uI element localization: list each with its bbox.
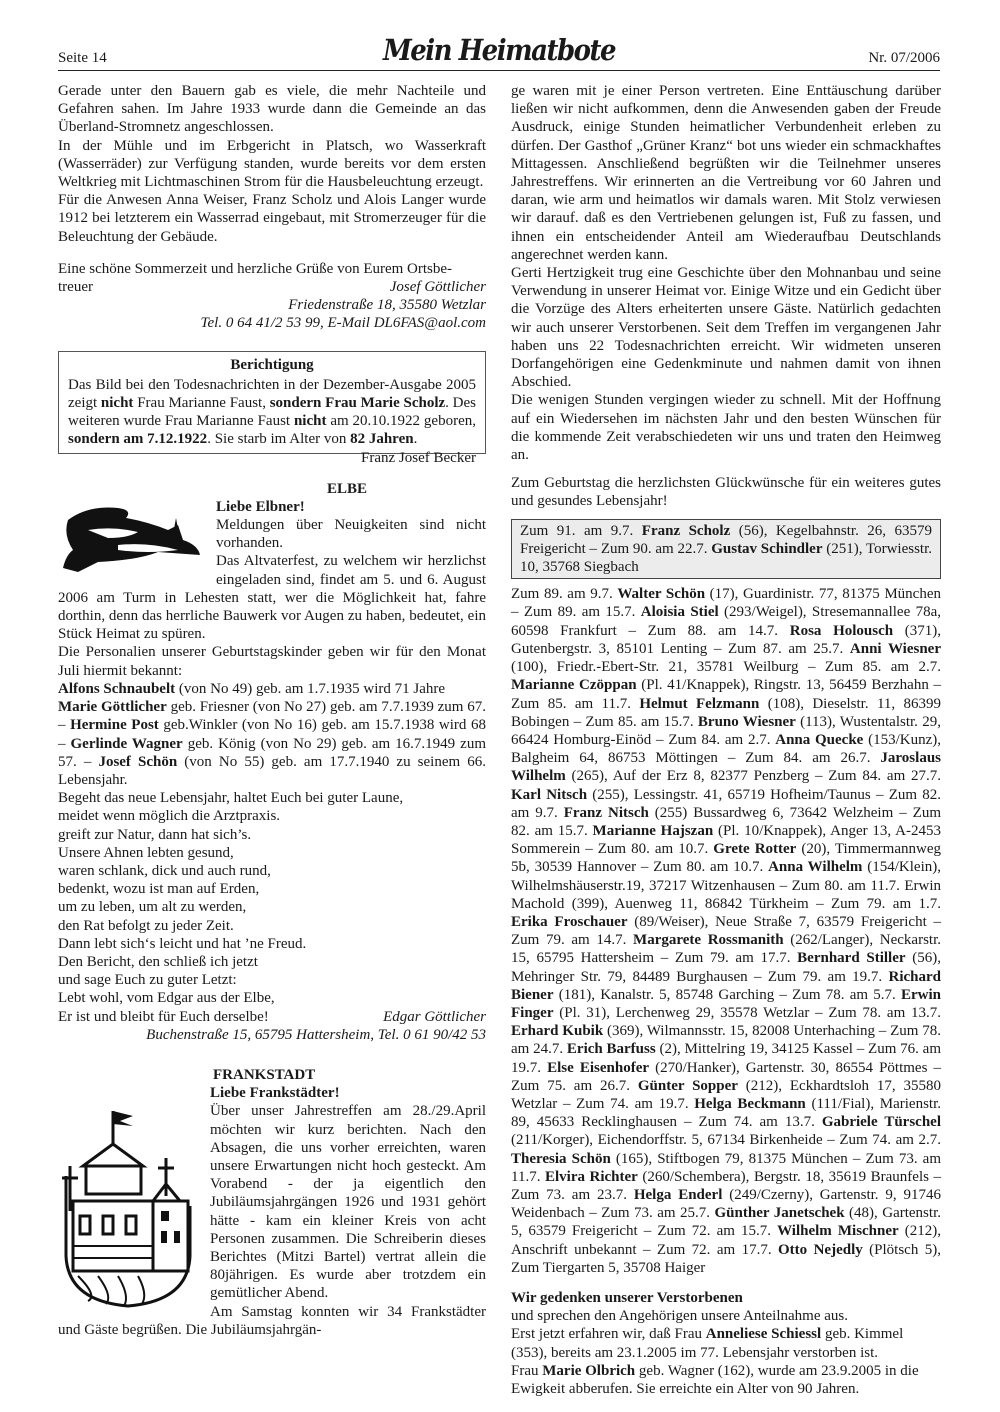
memorial-section: Wir gedenken unserer Verstorbenen und sp… [511,1289,941,1398]
page-header: Seite 14 Mein Heimatbote Nr. 07/2006 [58,38,940,71]
memorial-entry: Erst jetzt erfahren wir, daß Frau Anneli… [511,1325,941,1361]
elbe-title: ELBE [208,480,486,498]
birthday-list: Zum 89. am 9.7. Walter Schön (17), Guard… [511,585,941,1277]
masthead-title: Mein Heimatbote [58,35,940,68]
highlight-birthday-box: Zum 91. am 9.7. Franz Scholz (56), Kegel… [511,519,941,580]
signature-contact: Tel. 0 64 41/2 53 99, E-Mail DL6FAS@aol.… [58,314,486,332]
correction-title: Berichtigung [68,356,476,374]
report-paragraph: Die wenigen Stunden vergingen wieder zu … [511,391,941,464]
report-paragraph: ge waren mit je einer Person vertreten. … [511,82,941,264]
memorial-title: Wir gedenken unserer Verstorbenen [511,1289,941,1307]
intro-paragraph: Gerade unter den Bauern gab es viele, di… [58,82,486,137]
correction-author: Franz Josef Becker [361,449,476,467]
landscape-illustration-icon [58,500,208,580]
intro-paragraph: In der Mühle und im Erbgericht in Platsc… [58,137,486,192]
correction-text: Das Bild bei den Todesnachrichten in der… [68,376,476,449]
birthday-intro: Zum Geburtstag die herzlichsten Glückwün… [511,474,941,510]
elbe-paragraph: Die Personalien unserer Geburtstagskinde… [58,643,486,679]
left-column: Gerade unter den Bauern gab es viele, di… [58,82,486,1339]
correction-box: Berichtigung Das Bild bei den Todesnachr… [58,351,486,454]
elbe-section: ELBE Liebe Elbner! Meldungen über Neuigk… [58,480,486,1044]
signature-address: Friedenstraße 18, 35580 Wetzlar [58,296,486,314]
memorial-line: und sprechen den Angehörigen unsere Ante… [511,1307,941,1325]
signature-name: Josef Göttlicher [390,278,486,296]
report-paragraph: Gerti Hertzigkeit trug eine Geschichte ü… [511,264,941,391]
memorial-entry: Frau Marie Olbrich geb. Wagner (162), wu… [511,1362,941,1398]
greeting-tail: treuer [58,278,93,296]
castle-coat-of-arms-icon [58,1106,198,1311]
elbe-signature-address: Buchenstraße 15, 65795 Hattersheim, Tel.… [58,1026,486,1044]
elbe-signature-name: Edgar Göttlicher [383,1008,486,1026]
right-column: ge waren mit je einer Person vertreten. … [511,82,941,1398]
birthday-poem: Begeht das neue Lebensjahr, haltet Euch … [58,789,486,1026]
elbe-birthday-list: Alfons Schnaubelt (von No 49) geb. am 1.… [58,680,486,789]
frankstadt-salutation: Liebe Frankstädter! [58,1084,486,1102]
issue-number: Nr. 07/2006 [868,50,940,67]
frankstadt-section: FRANKSTADT Liebe Frankstädter! Über [58,1066,486,1339]
intro-paragraph: Für die Anwesen Anna Weiser, Franz Schol… [58,191,486,246]
signature-row: treuer Josef Göttlicher [58,278,486,296]
greeting-text: Eine schöne Sommerzeit und herzliche Grü… [58,260,486,278]
frankstadt-title: FRANKSTADT [213,1066,486,1084]
